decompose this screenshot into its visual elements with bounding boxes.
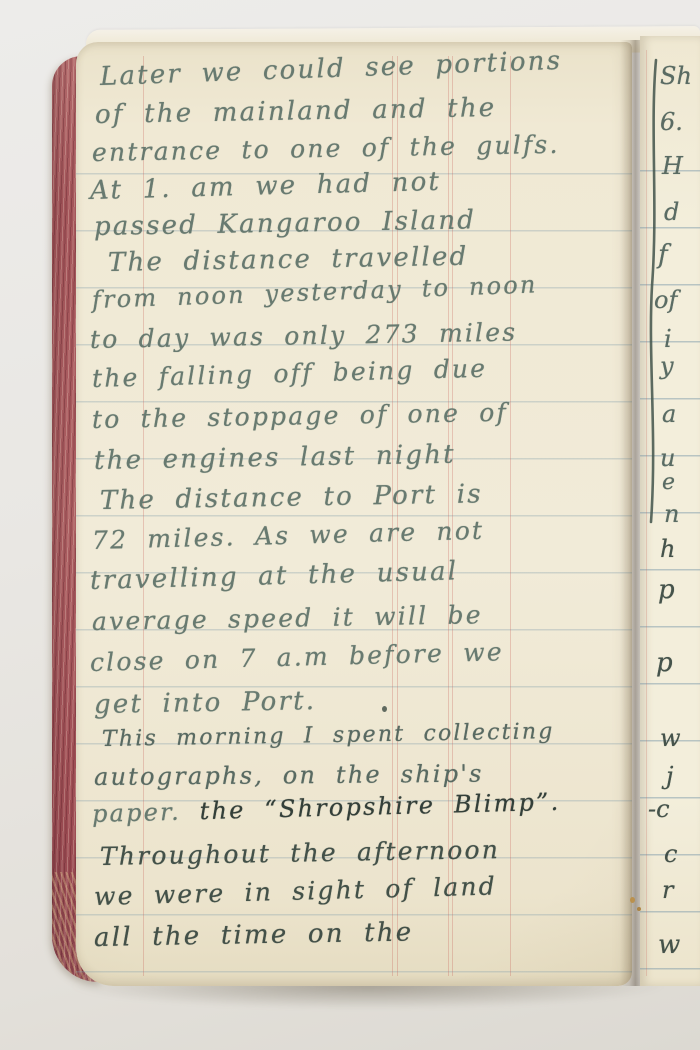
handwritten-line: travelling at the usual [90,556,459,596]
handwriting-right: Sh6.Hdfofiyauenhppwj-ccrw [640,36,700,986]
handwritten-line: The distance travelled [108,242,469,278]
handwritten-fragment: a [662,400,676,428]
handwritten-fragment: H [662,152,683,180]
handwritten-fragment: r [662,876,673,904]
handwriting-left: Later we could see portionsof the mainla… [76,42,632,986]
handwritten-line: passed Kangaroo Island [94,205,477,242]
handwritten-line: we were in sight of land [94,871,498,911]
ink-speck [382,706,387,712]
handwritten-fragment: u [660,444,675,472]
handwritten-fragment: Sh [660,62,692,90]
handwritten-line: close on 7 a.m before we [90,637,504,677]
handwritten-fragment: j [666,762,673,790]
handwritten-fragment: n [664,500,679,528]
handwritten-line: paper. the “Shropshire Blimp”. [92,788,561,828]
photo-background: Later we could see portionsof the mainla… [0,0,700,1050]
handwritten-line: to the stoppage of one of [92,398,508,434]
handwritten-line: the engines last night [94,440,456,476]
handwritten-line: to day was only 273 miles [90,318,518,354]
handwritten-line: all the time on the [94,917,414,953]
handwritten-line: the falling off being due [92,354,488,393]
handwritten-fragment: 6. [660,108,683,136]
left-page: Later we could see portionsof the mainla… [76,42,632,986]
handwritten-segment: paper. [92,798,182,828]
handwritten-fragment: e [662,470,675,495]
handwritten-line: Later we could see portions [99,46,562,92]
handwritten-fragment: w [660,724,681,752]
handwritten-line: get into Port. [94,686,317,720]
handwritten-line: entrance to one of the gulfs. [92,130,560,167]
foxing-spot [630,897,635,903]
handwritten-fragment: c [664,840,677,868]
handwritten-fragment: -c [648,795,670,823]
handwritten-line: average speed it will be [92,600,483,636]
gutter-shadow [620,40,642,986]
right-page-sliver: Sh6.Hdfofiyauenhppwj-ccrw [640,36,700,986]
handwritten-fragment: p [656,648,673,678]
handwritten-line: of the mainland and the [95,93,497,130]
handwritten-fragment: d [664,198,679,226]
handwritten-segment: the “Shropshire Blimp”. [181,788,561,826]
handwritten-line: 72 miles. As we are not [92,516,485,555]
handwritten-line: The distance to Port is [100,479,483,516]
handwritten-line: This morning I spent collecting [102,719,555,752]
handwritten-fragment: i [664,325,672,353]
handwritten-fragment: p [658,575,675,605]
handwritten-fragment: w [658,930,680,960]
handwritten-fragment: y [660,352,674,380]
handwritten-line: Throughout the afternoon [100,835,501,871]
handwritten-line: autographs, on the ship's [94,760,484,791]
handwritten-fragment: of [654,286,677,314]
handwritten-line: At 1. am we had not [90,167,442,206]
handwritten-fragment: h [660,535,675,563]
handwritten-fragment: f [658,240,668,270]
foxing-spot [637,907,641,911]
